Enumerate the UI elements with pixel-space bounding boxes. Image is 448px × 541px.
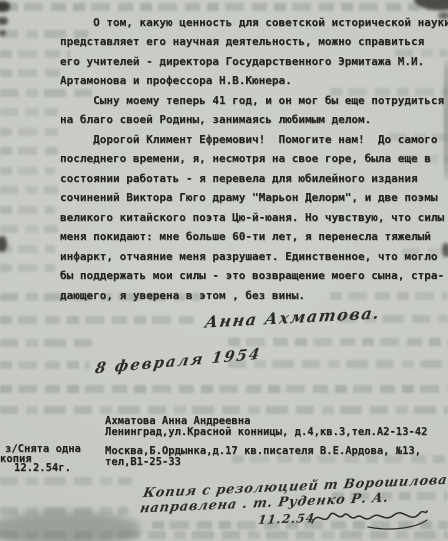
bleedthrough-texture: [0, 264, 55, 272]
bleedthrough-texture: [0, 225, 58, 233]
letter-line: Дорогой Климент Ефремович! Помогите нам!…: [60, 133, 448, 146]
bleedthrough-texture: [0, 108, 58, 116]
letter-line: меня покидают: мне больше 60-ти лет, я п…: [60, 230, 448, 243]
bleedthrough-texture: [0, 206, 55, 214]
letter-line: дающего, я уверена в этом , без вины.: [60, 289, 448, 302]
bleedthrough-texture: [0, 339, 92, 347]
bleedthrough-texture: [0, 167, 55, 175]
contact-address-leningrad: Ленинград,ул.Красной конницы, д.4,кв.3,т…: [105, 427, 427, 438]
ink-smudge: [0, 512, 140, 541]
bleedthrough-texture: [0, 69, 60, 77]
resolution-date: 11.2.54: [257, 511, 316, 527]
letter-line: на благо своей Родины, занимаясь любимым…: [60, 113, 448, 126]
bleedthrough-texture: [0, 316, 195, 324]
ink-smudge: [0, 30, 6, 36]
bleedthrough-texture: [0, 477, 132, 485]
letter-line: О том, какую ценность для советской исто…: [60, 16, 448, 29]
ink-smudge: [0, 17, 8, 25]
bleedthrough-texture: [0, 128, 58, 136]
bleedthrough-texture: [6, 3, 436, 11]
akhmatova-signature: Анна Ахматова.: [204, 303, 382, 331]
bleedthrough-texture: [0, 406, 448, 414]
scanned-letter-page: О том, какую ценность для советской исто…: [0, 0, 448, 541]
contact-phone-moscow: тел,В1-25-33: [105, 457, 181, 468]
letter-line: Артамонова и профессора Н.В.Кюнера.: [60, 74, 448, 87]
contact-name: Ахматова Анна Андреевна: [105, 416, 250, 427]
letter-line: великого китайского поэта Цю-й-юаня. Но …: [60, 211, 448, 224]
bleedthrough-texture: [0, 147, 58, 155]
bleedthrough-texture: [228, 360, 448, 368]
bleedthrough-texture: [0, 385, 448, 393]
handwritten-date: 8 февраля 1954: [94, 345, 263, 378]
bleedthrough-texture: [0, 245, 55, 253]
letter-line: инфаркт, отчаяние меня разрушает. Единст…: [60, 250, 448, 263]
letter-line: бы поддержать мои силы - это возвращение…: [60, 269, 448, 282]
letter-line: сочинений Виктора Гюго драму "Марьон Дел…: [60, 191, 448, 204]
letter-line: представляет его научная деятельность, м…: [60, 35, 448, 48]
copy-note-line3: 12.2.54г.: [14, 463, 71, 474]
contact-address-moscow: Москва,Б.Ордынка,д.17 кв.писателя В.Е.Ар…: [105, 446, 421, 457]
letter-line: последнего времени, я, несмотря на свое …: [60, 152, 448, 165]
bleedthrough-texture: [0, 361, 90, 369]
letter-line: его учителей - директора Государственног…: [60, 55, 448, 68]
bleedthrough-texture: [0, 186, 58, 194]
letter-line: Сыну моему теперь 41 год, и он мог бы ещ…: [60, 94, 448, 107]
official-signature: [310, 505, 428, 531]
letter-line: состоянии работать - я перевела для юбил…: [60, 172, 448, 185]
